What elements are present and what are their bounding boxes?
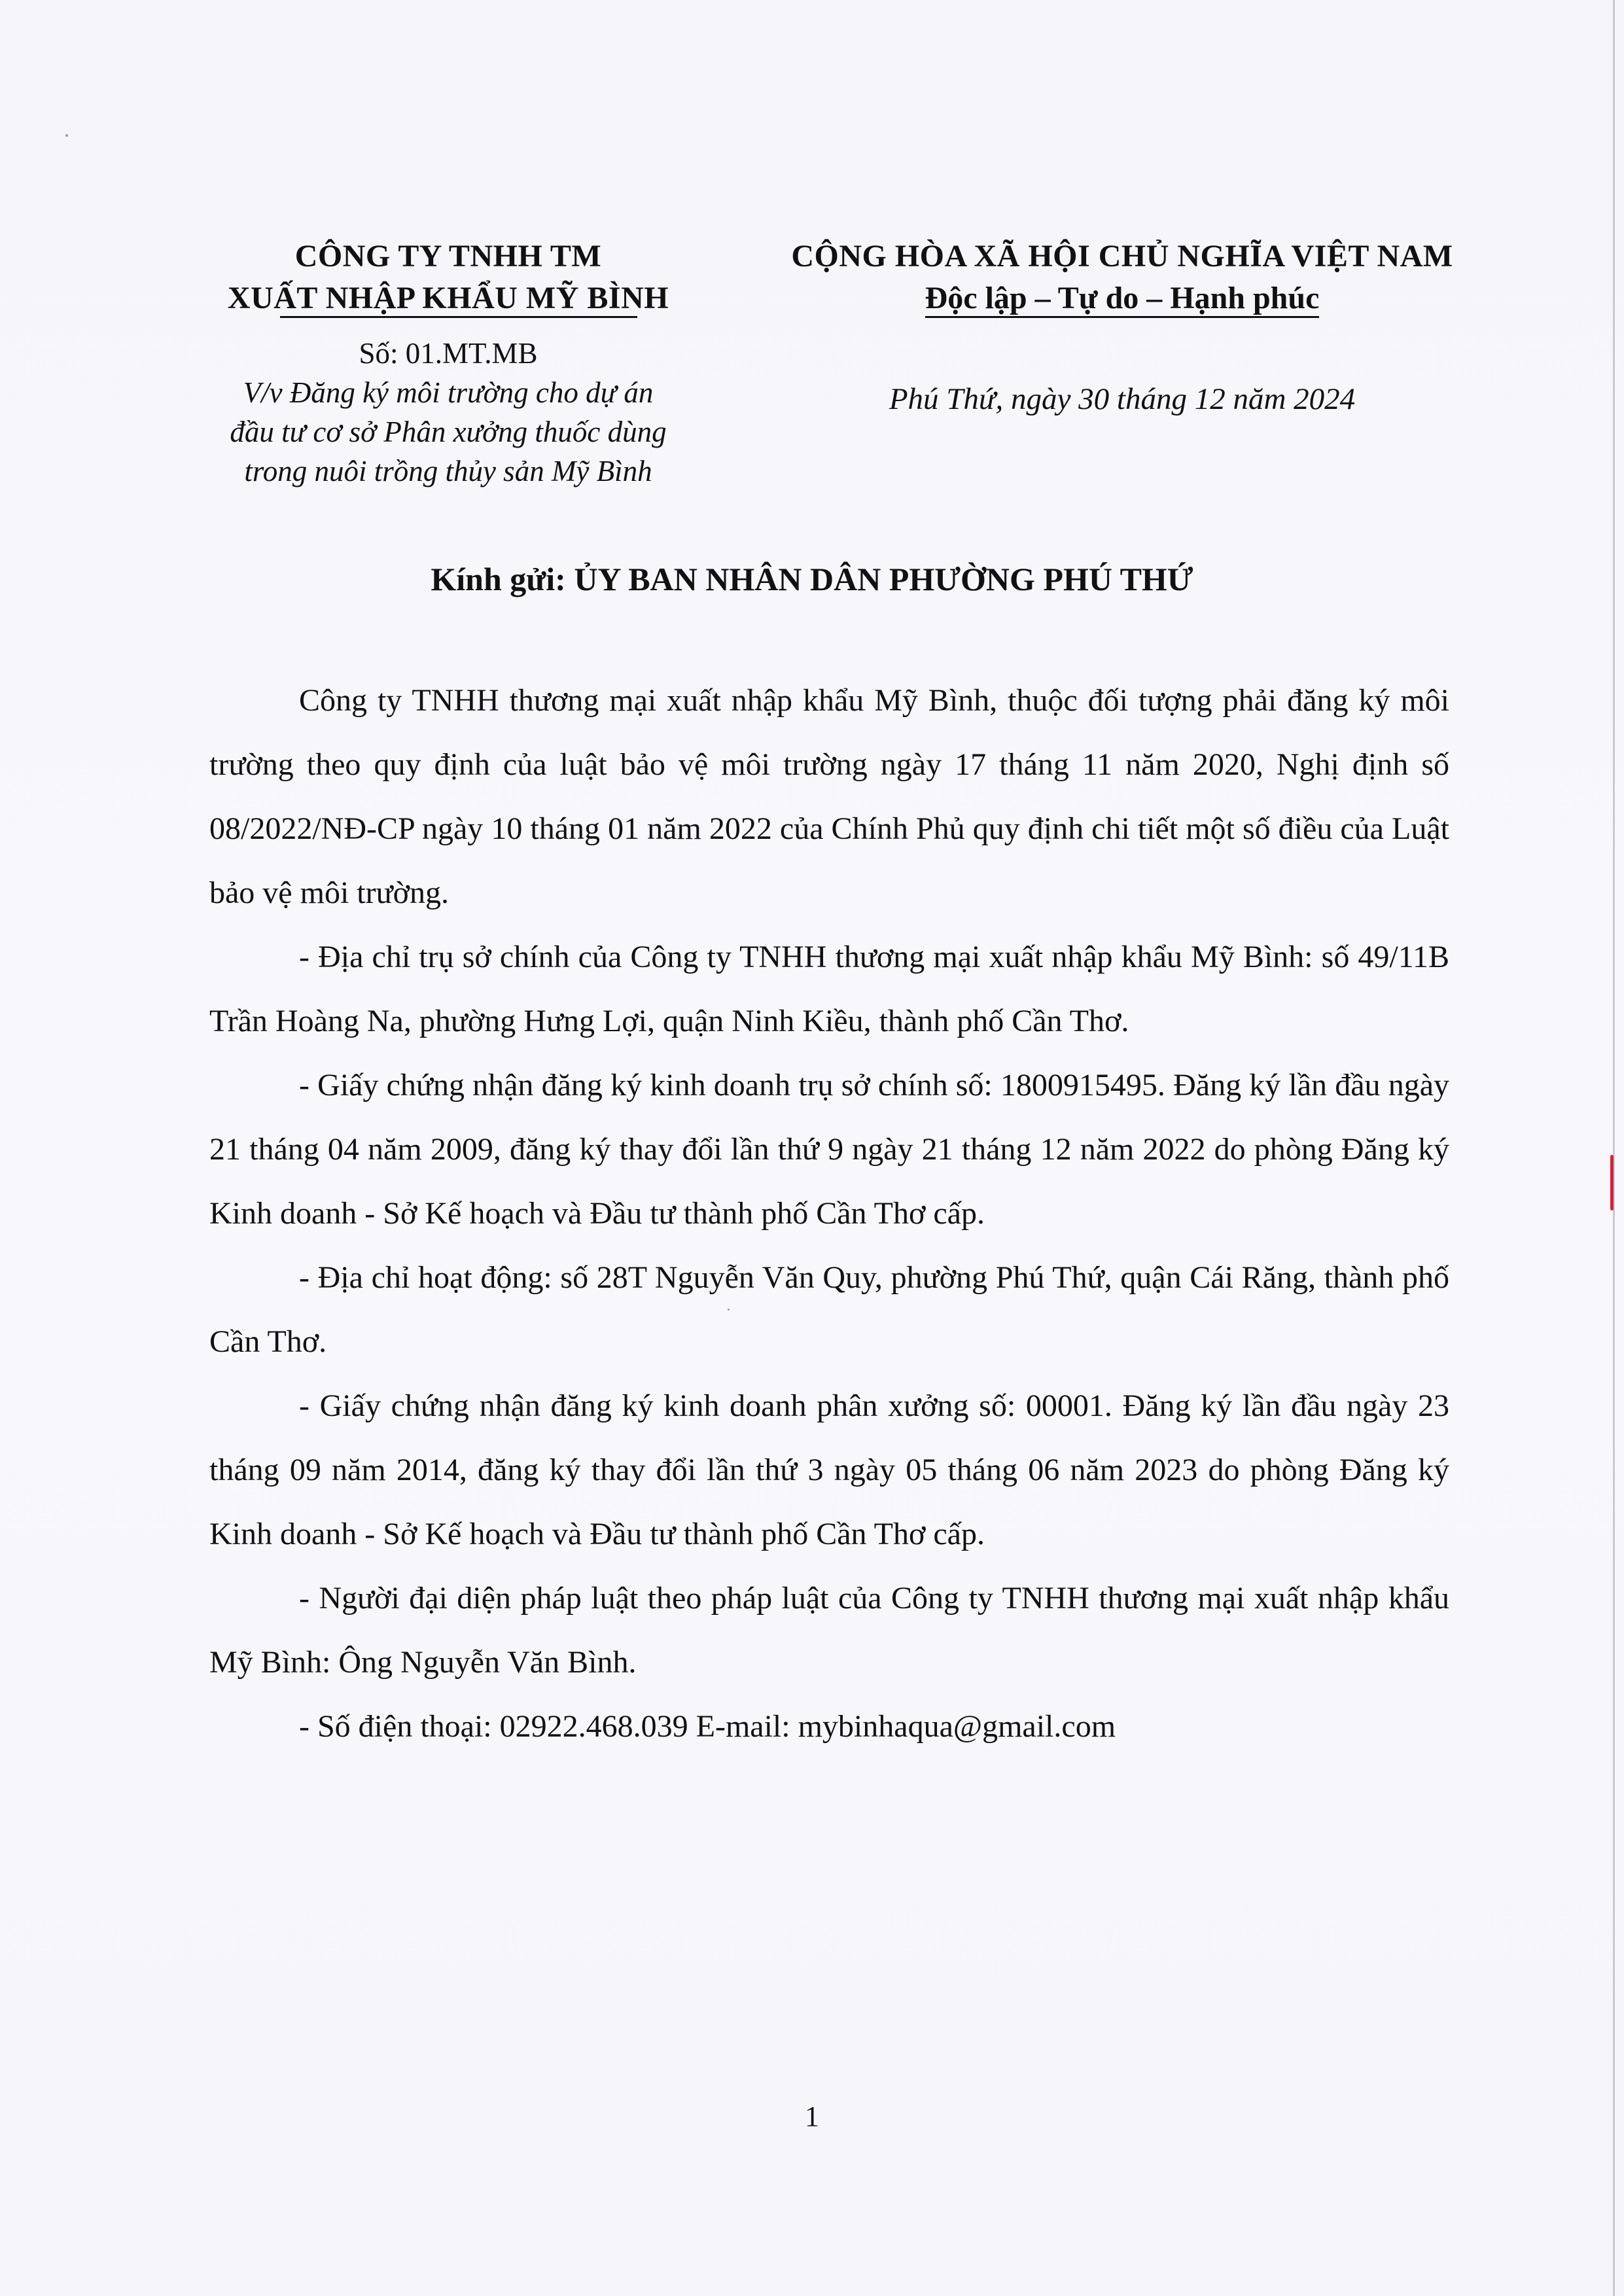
place-and-date: Phú Thứ, ngày 30 tháng 12 năm 2024 <box>746 380 1498 419</box>
scan-speck <box>65 134 68 137</box>
document-number: Số: 01.MT.MB <box>160 334 736 373</box>
operating-address-paragraph: - Địa chỉ hoạt động: số 28T Nguyễn Văn Q… <box>209 1246 1449 1374</box>
subject-line-2: đầu tư cơ sở Phân xưởng thuốc dùng <box>160 412 736 451</box>
document-page: CÔNG TY TNHH TM XUẤT NHẬP KHẨU MỸ BÌNH S… <box>0 0 1624 2296</box>
organization-name-line-2: XUẤT NHẬP KHẨU MỸ BÌNH <box>228 277 669 319</box>
head-office-address-paragraph: - Địa chỉ trụ sở chính của Công ty TNHH … <box>209 925 1449 1053</box>
legal-representative-paragraph: - Người đại diện pháp luật theo pháp luậ… <box>209 1566 1449 1695</box>
national-header: CỘNG HÒA XÃ HỘI CHỦ NGHĨA VIỆT NAM Độc l… <box>746 236 1498 419</box>
workshop-registration-paragraph: - Giấy chứng nhận đăng ký kinh doanh phâ… <box>209 1374 1449 1566</box>
contact-paragraph: - Số điện thoại: 02922.468.039 E-mail: m… <box>209 1695 1449 1759</box>
subject-line-1: V/v Đăng ký môi trường cho dự án <box>160 373 736 412</box>
organization-header: CÔNG TY TNHH TM XUẤT NHẬP KHẨU MỸ BÌNH S… <box>160 236 736 491</box>
national-title: CỘNG HÒA XÃ HỘI CHỦ NGHĨA VIỆT NAM <box>746 236 1498 277</box>
red-edge-mark <box>1610 1155 1614 1210</box>
page-number: 1 <box>0 2097 1624 2136</box>
organization-name-line-1: CÔNG TY TNHH TM <box>160 236 736 277</box>
binding-edge-line <box>1613 0 1615 2296</box>
head-office-registration-paragraph: - Giấy chứng nhận đăng ký kinh doanh trụ… <box>209 1053 1449 1246</box>
national-motto: Độc lập – Tự do – Hạnh phúc <box>925 277 1320 319</box>
intro-paragraph: Công ty TNHH thương mại xuất nhập khẩu M… <box>209 669 1449 925</box>
letter-body: Công ty TNHH thương mại xuất nhập khẩu M… <box>209 669 1449 1759</box>
subject-line-3: trong nuôi trồng thủy sản Mỹ Bình <box>160 451 736 491</box>
recipient-line: Kính gửi: ỦY BAN NHÂN DÂN PHƯỜNG PHÚ THỨ <box>0 556 1624 602</box>
